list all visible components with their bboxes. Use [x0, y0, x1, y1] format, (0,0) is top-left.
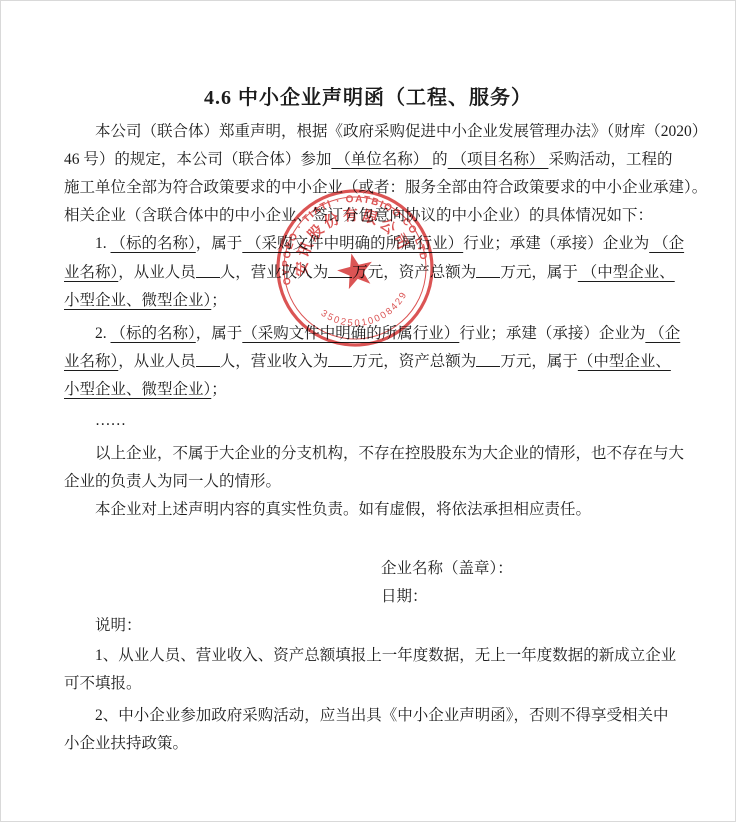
underlined-text: 业名称） [64, 264, 118, 281]
doc-line: 46 号）的规定，本公司（联合体）参加 （单位名称） 的 （项目名称） 采购活动… [64, 146, 672, 174]
text-segment: 企业名称（盖章）： [381, 560, 513, 577]
text-segment: 日期： [381, 588, 428, 605]
fill-in-blank [328, 262, 352, 278]
doc-line: 日期： [381, 583, 428, 611]
text-segment: 万元，属于 [500, 264, 578, 281]
underlined-text: （中型企业、 [578, 353, 671, 370]
text-segment: 行业；承建（承接）企业为 [459, 325, 645, 342]
text-segment: 46 号）的规定，本公司（联合体）参加 [64, 151, 331, 168]
doc-line: 施工单位全部为符合政策要求的中小企业（或者：服务全部由符合政策要求的中小企业承建… [64, 174, 707, 202]
doc-line: 业名称），从业人员人，营业收入为万元，资产总额为万元，属于 （中型企业、 [64, 259, 675, 287]
underlined-text: 小型企业、微型企业） [64, 292, 211, 309]
fill-in-blank [476, 351, 500, 367]
text-segment: 2. [64, 325, 111, 342]
underlined-text: （采购文件中明确的所属行业） [242, 235, 463, 252]
text-segment: 万元，资产总额为 [352, 264, 476, 281]
doc-line: 2、中小企业参加政府采购活动，应当出具《中小企业声明函》，否则不得享受相关中 [64, 702, 669, 730]
text-segment: 人，营业收入为 [220, 353, 329, 370]
text-segment: 小企业扶持政策。 [64, 735, 188, 752]
text-segment: 企业的负责人为同一人的情形。 [64, 473, 281, 490]
text-segment: ； [211, 381, 227, 398]
text-segment: ，属于 [196, 325, 243, 342]
doc-line: 以上企业，不属于大企业的分支机构，不存在控股股东为大企业的情形，也不存在与大 [64, 440, 684, 468]
text-segment: 1、从业人员、营业收入、资产总额填报上一年度数据，无上一年度数据的新成立企业 [64, 647, 676, 664]
text-segment: 以上企业，不属于大企业的分支机构，不存在控股股东为大企业的情形，也不存在与大 [64, 445, 684, 462]
underlined-text: （采购文件中明确的所属行业） [242, 325, 459, 342]
page-title: 4.6 中小企业声明函（工程、服务） [1, 81, 735, 110]
doc-line: 本公司（联合体）郑重声明，根据《政府采购促进中小企业发展管理办法》（财库（202… [64, 118, 707, 146]
doc-line: 相关企业（含联合体中的中小企业、签订分包意向协议的中小企业）的具体情况如下： [64, 202, 653, 230]
fill-in-blank [476, 262, 500, 278]
doc-line: 2. （标的名称），属于（采购文件中明确的所属行业）行业；承建（承接）企业为 （… [64, 320, 680, 348]
doc-line: 业名称），从业人员人，营业收入为万元，资产总额为万元，属于（中型企业、 [64, 348, 671, 376]
doc-line: 1、从业人员、营业收入、资产总额填报上一年度数据，无上一年度数据的新成立企业 [64, 642, 676, 670]
doc-line: 本企业对上述声明内容的真实性负责。如有虚假，将依法承担相应责任。 [64, 496, 591, 524]
underlined-text: 业名称） [64, 353, 118, 370]
doc-line: 小企业扶持政策。 [64, 730, 188, 758]
text-segment: 本企业对上述声明内容的真实性负责。如有虚假，将依法承担相应责任。 [64, 501, 591, 518]
doc-line: 1. （标的名称），属于 （采购文件中明确的所属行业）行业；承建（承接）企业为 … [64, 230, 684, 258]
text-segment: 的 [432, 151, 448, 168]
text-segment: 万元，资产总额为 [352, 353, 476, 370]
underlined-text: 小型企业、微型企业） [64, 381, 211, 398]
text-segment: 人，营业收入为 [220, 264, 329, 281]
underlined-text: （企 [645, 325, 680, 342]
underlined-text: （项目名称） [448, 151, 549, 168]
doc-line: 小型企业、微型企业）； [64, 287, 227, 315]
fill-in-blank [328, 351, 352, 367]
text-segment: 可不填报。 [64, 675, 142, 692]
text-segment: ； [211, 292, 227, 309]
text-segment: 1. [64, 235, 111, 252]
underlined-text: （单位名称） [331, 151, 432, 168]
text-segment: ，从业人员 [118, 264, 196, 281]
text-segment: ，属于 [196, 235, 243, 252]
text-segment: 万元，属于 [500, 353, 578, 370]
underlined-text: （标的名称） [111, 325, 196, 342]
text-segment: 施工单位全部为符合政策要求的中小企业（或者：服务全部由符合政策要求的中小企业承建… [64, 179, 707, 196]
doc-line: 小型企业、微型企业）； [64, 376, 227, 404]
fill-in-blank [196, 351, 220, 367]
text-segment: 说明： [64, 617, 142, 634]
underlined-text: （中型企业、 [578, 264, 675, 281]
doc-line: 可不填报。 [64, 670, 142, 698]
text-segment: …… [64, 412, 126, 429]
underlined-text: （标的名称） [111, 235, 196, 252]
underlined-text: （企 [649, 235, 684, 252]
fill-in-blank [196, 262, 220, 278]
document-page: 4.6 中小企业声明函（工程、服务） 本公司（联合体）郑重声明，根据《政府采购促… [0, 0, 736, 822]
text-segment: 采购活动，工程的 [548, 151, 672, 168]
text-segment: 本公司（联合体）郑重声明，根据《政府采购促进中小企业发展管理办法》（财库（202… [64, 123, 707, 140]
doc-line: 企业名称（盖章）： [381, 555, 513, 583]
doc-line: …… [64, 407, 126, 435]
text-segment: ，从业人员 [118, 353, 196, 370]
text-segment: 2、中小企业参加政府采购活动，应当出具《中小企业声明函》，否则不得享受相关中 [64, 707, 669, 724]
text-segment: 相关企业（含联合体中的中小企业、签订分包意向协议的中小企业）的具体情况如下： [64, 207, 653, 224]
text-segment: 行业；承建（承接）企业为 [463, 235, 649, 252]
doc-line: 企业的负责人为同一人的情形。 [64, 468, 281, 496]
doc-line: 说明： [64, 612, 142, 640]
